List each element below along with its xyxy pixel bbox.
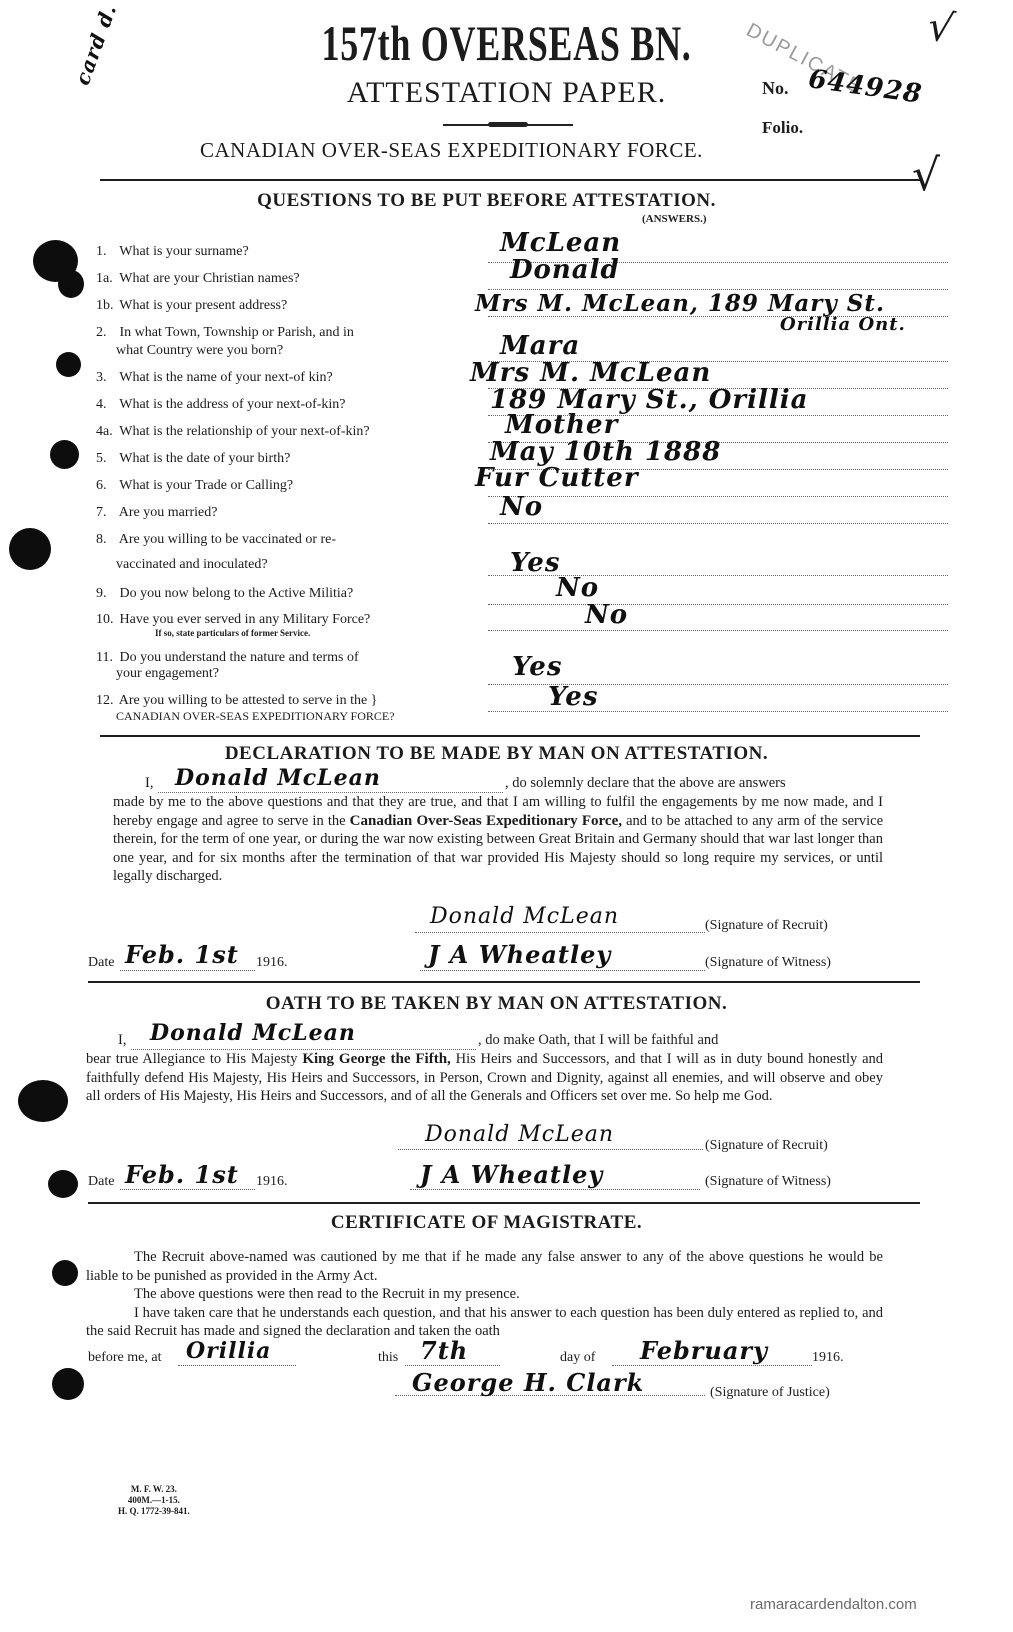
answer-understand-terms: Yes (512, 652, 562, 682)
divider (100, 179, 920, 181)
recruit-signature-label: (Signature of Recruit) (705, 1138, 828, 1154)
answer-present-address: Mrs M. McLean, 189 Mary St. (475, 290, 885, 317)
title-ornament (443, 124, 573, 126)
magistrate-month: February (640, 1336, 768, 1365)
oath-witness-signature: J A Wheatley (420, 1160, 603, 1189)
folio-label: Folio. (762, 118, 803, 138)
question-9: 9. Do you now belong to the Active Milit… (96, 586, 353, 602)
force-subtitle: CANADIAN OVER-SEAS EXPEDITIONARY FORCE. (200, 138, 703, 163)
justice-signature: George H. Clark (412, 1368, 644, 1397)
oath-recruit-signature: Donald McLean (425, 1122, 614, 1147)
punch-hole (52, 1368, 84, 1400)
witness-signature-label: (Signature of Witness) (705, 1174, 831, 1190)
question-1b: 1b. What is your present address? (96, 298, 287, 314)
punch-hole (9, 528, 51, 570)
form-reference: M. F. W. 23. 400M.—1-15. H. Q. 1772-39-8… (118, 1484, 190, 1517)
source-watermark: ramaracardendalton.com (750, 1596, 917, 1613)
answer-next-of-kin: Mrs M. McLean (470, 358, 711, 388)
question-8: 8. Are you willing to be vaccinated or r… (96, 532, 336, 548)
check-mark-icon: √ (924, 3, 957, 53)
answer-vaccinated: Yes (510, 548, 560, 578)
question-7: 7. Are you married? (96, 505, 217, 521)
declaration-heading: DECLARATION TO BE MADE BY MAN ON ATTESTA… (0, 743, 1003, 765)
magistrate-day: 7th (420, 1336, 468, 1365)
question-1a: 1a. What are your Christian names? (96, 271, 300, 287)
question-4a: 4a. What is the relationship of your nex… (96, 424, 370, 440)
question-5: 5. What is the date of your birth? (96, 451, 290, 467)
answer-birthplace: Mara (500, 331, 580, 361)
recruit-signature-label: (Signature of Recruit) (705, 918, 828, 934)
answer-military-force: No (585, 600, 628, 630)
declaration-year: 1916. (256, 955, 288, 971)
punch-hole (18, 1080, 68, 1122)
question-10-note: If so, state particulars of former Servi… (155, 628, 310, 638)
oath-heading: OATH TO BE TAKEN BY MAN ON ATTESTATION. (0, 993, 1003, 1015)
magistrate-text: The Recruit above-named was cautioned by… (86, 1248, 883, 1341)
question-12: 12. Are you willing to be attested to se… (96, 693, 377, 709)
punch-hole (50, 440, 79, 469)
divider (100, 735, 920, 737)
question-6: 6. What is your Trade or Calling? (96, 478, 293, 494)
oath-text: bear true Allegiance to His Majesty King… (86, 1050, 883, 1106)
question-4: 4. What is the address of your next-of-k… (96, 397, 346, 413)
question-10: 10. Have you ever served in any Military… (96, 612, 370, 628)
punch-hole (52, 1260, 78, 1286)
answers-label: (ANSWERS.) (642, 213, 706, 225)
punch-hole (56, 352, 81, 377)
oath-date: Feb. 1st (125, 1160, 239, 1189)
declaration-witness-signature: J A Wheatley (428, 940, 611, 969)
magistrate-year: 1916. (812, 1350, 844, 1366)
question-11: 11. Do you understand the nature and ter… (96, 650, 359, 666)
answer-trade: Fur Cutter (475, 463, 639, 493)
declaration-date: Feb. 1st (125, 940, 239, 969)
justice-signature-label: (Signature of Justice) (710, 1385, 830, 1401)
divider (88, 1202, 920, 1204)
questions-heading: QUESTIONS TO BE PUT BEFORE ATTESTATION. (0, 190, 993, 212)
question-2: 2. In what Town, Township or Parish, and… (96, 325, 354, 341)
witness-signature-label: (Signature of Witness) (705, 955, 831, 971)
answer-surname: McLean (500, 228, 621, 258)
declaration-recruit-signature: Donald McLean (430, 904, 619, 929)
answer-active-militia: No (556, 573, 599, 603)
declaration-text: made by me to the above questions and th… (113, 793, 883, 886)
punch-hole (48, 1170, 78, 1198)
question-1: 1. What is your surname? (96, 244, 249, 260)
answer-relationship: Mother (505, 410, 618, 440)
oath-year: 1916. (256, 1174, 288, 1190)
answer-present-address-line2: Orillia Ont. (780, 314, 906, 335)
answer-attested: Yes (548, 682, 598, 712)
declaration-recruit-name: Donald McLean (175, 765, 381, 791)
answer-christian-names: Donald (510, 255, 620, 285)
answer-married: No (500, 492, 543, 522)
magistrate-place: Orillia (186, 1338, 271, 1364)
punch-hole (58, 270, 84, 298)
divider (88, 981, 920, 983)
date-label: Date (88, 1174, 114, 1190)
magistrate-heading: CERTIFICATE OF MAGISTRATE. (0, 1212, 993, 1234)
oath-recruit-name: Donald McLean (150, 1020, 356, 1046)
date-label: Date (88, 955, 114, 971)
number-label: No. (762, 78, 789, 99)
question-3: 3. What is the name of your next-of kin? (96, 370, 333, 386)
